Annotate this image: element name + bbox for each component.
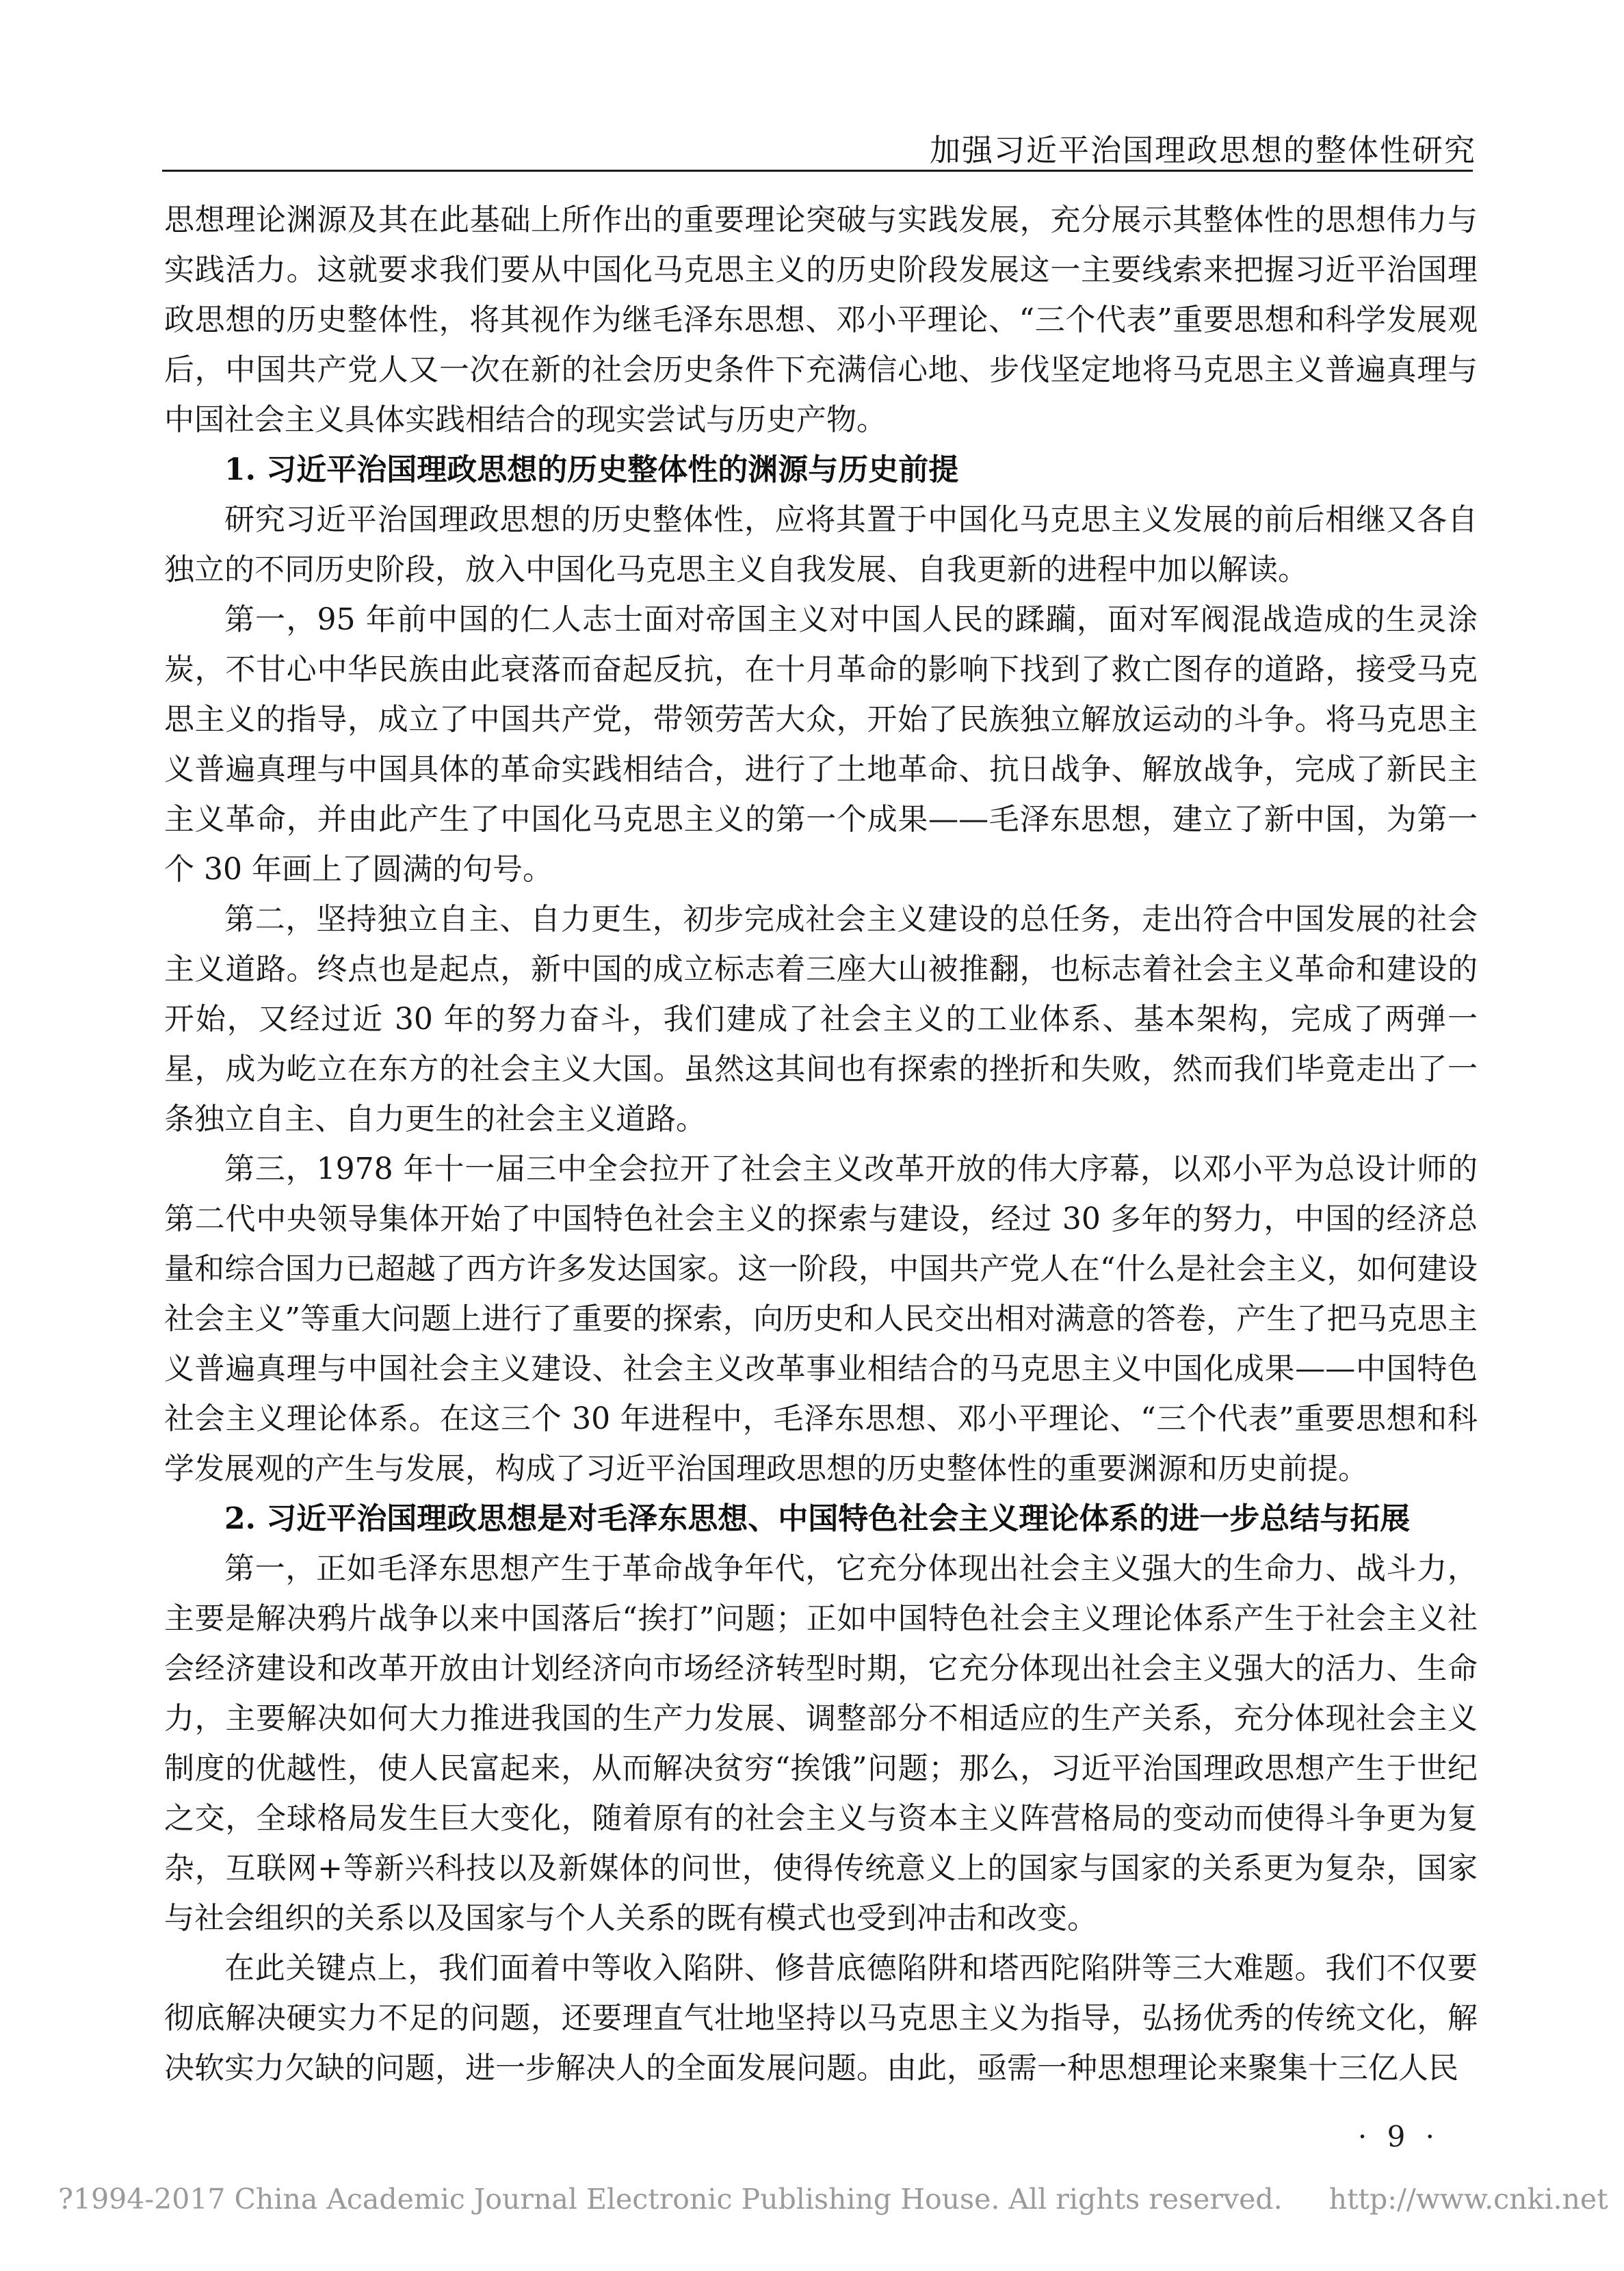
scanned-paper-page: 加强习近平治国理政思想的整体性研究 思想理论渊源及其在此基础上所作出的重要理论突… bbox=[0, 0, 1624, 2271]
footer-url-text: http://www.cnki.net bbox=[1329, 2183, 1608, 2216]
section-heading-2: 2. 习近平治国理政思想是对毛泽东思想、中国特色社会主义理论体系的进一步总结与拓… bbox=[164, 1494, 1478, 1544]
body-paragraph-continuation: 思想理论渊源及其在此基础上所作出的重要理论突破与实践发展，充分展示其整体性的思想… bbox=[164, 195, 1478, 445]
body-paragraph-1: 研究习近平治国理政思想的历史整体性，应将其置于中国化马克思主义发展的前后相继又各… bbox=[164, 495, 1478, 595]
body-paragraph-4: 第三，1978 年十一届三中全会拉开了社会主义改革开放的伟大序幕，以邓小平为总设… bbox=[164, 1144, 1478, 1494]
page-body-text: 思想理论渊源及其在此基础上所作出的重要理论突破与实践发展，充分展示其整体性的思想… bbox=[164, 195, 1478, 2093]
running-header-title: 加强习近平治国理政思想的整体性研究 bbox=[163, 125, 1476, 170]
body-paragraph-2: 第一，95 年前中国的仁人志士面对帝国主义对中国人民的蹂躏，面对军阀混战造成的生… bbox=[164, 595, 1478, 894]
section-heading-1: 1. 习近平治国理政思想的历史整体性的渊源与历史前提 bbox=[164, 445, 1478, 495]
body-paragraph-3: 第二，坚持独立自主、自力更生，初步完成社会主义建设的总任务，走出符合中国发展的社… bbox=[164, 894, 1478, 1144]
footer-copyright-line: ?1994-2017 China Academic Journal Electr… bbox=[58, 2183, 1584, 2216]
footer-copyright-text: ?1994-2017 China Academic Journal Electr… bbox=[58, 2183, 1283, 2216]
page-number: · 9 · bbox=[164, 2120, 1478, 2153]
body-paragraph-6: 在此关键点上，我们面着中等收入陷阱、修昔底德陷阱和塔西陀陷阱等三大难题。我们不仅… bbox=[164, 1943, 1478, 2093]
header-divider-rule bbox=[162, 170, 1473, 172]
body-paragraph-5: 第一，正如毛泽东思想产生于革命战争年代，它充分体现出社会主义强大的生命力、战斗力… bbox=[164, 1544, 1478, 1943]
